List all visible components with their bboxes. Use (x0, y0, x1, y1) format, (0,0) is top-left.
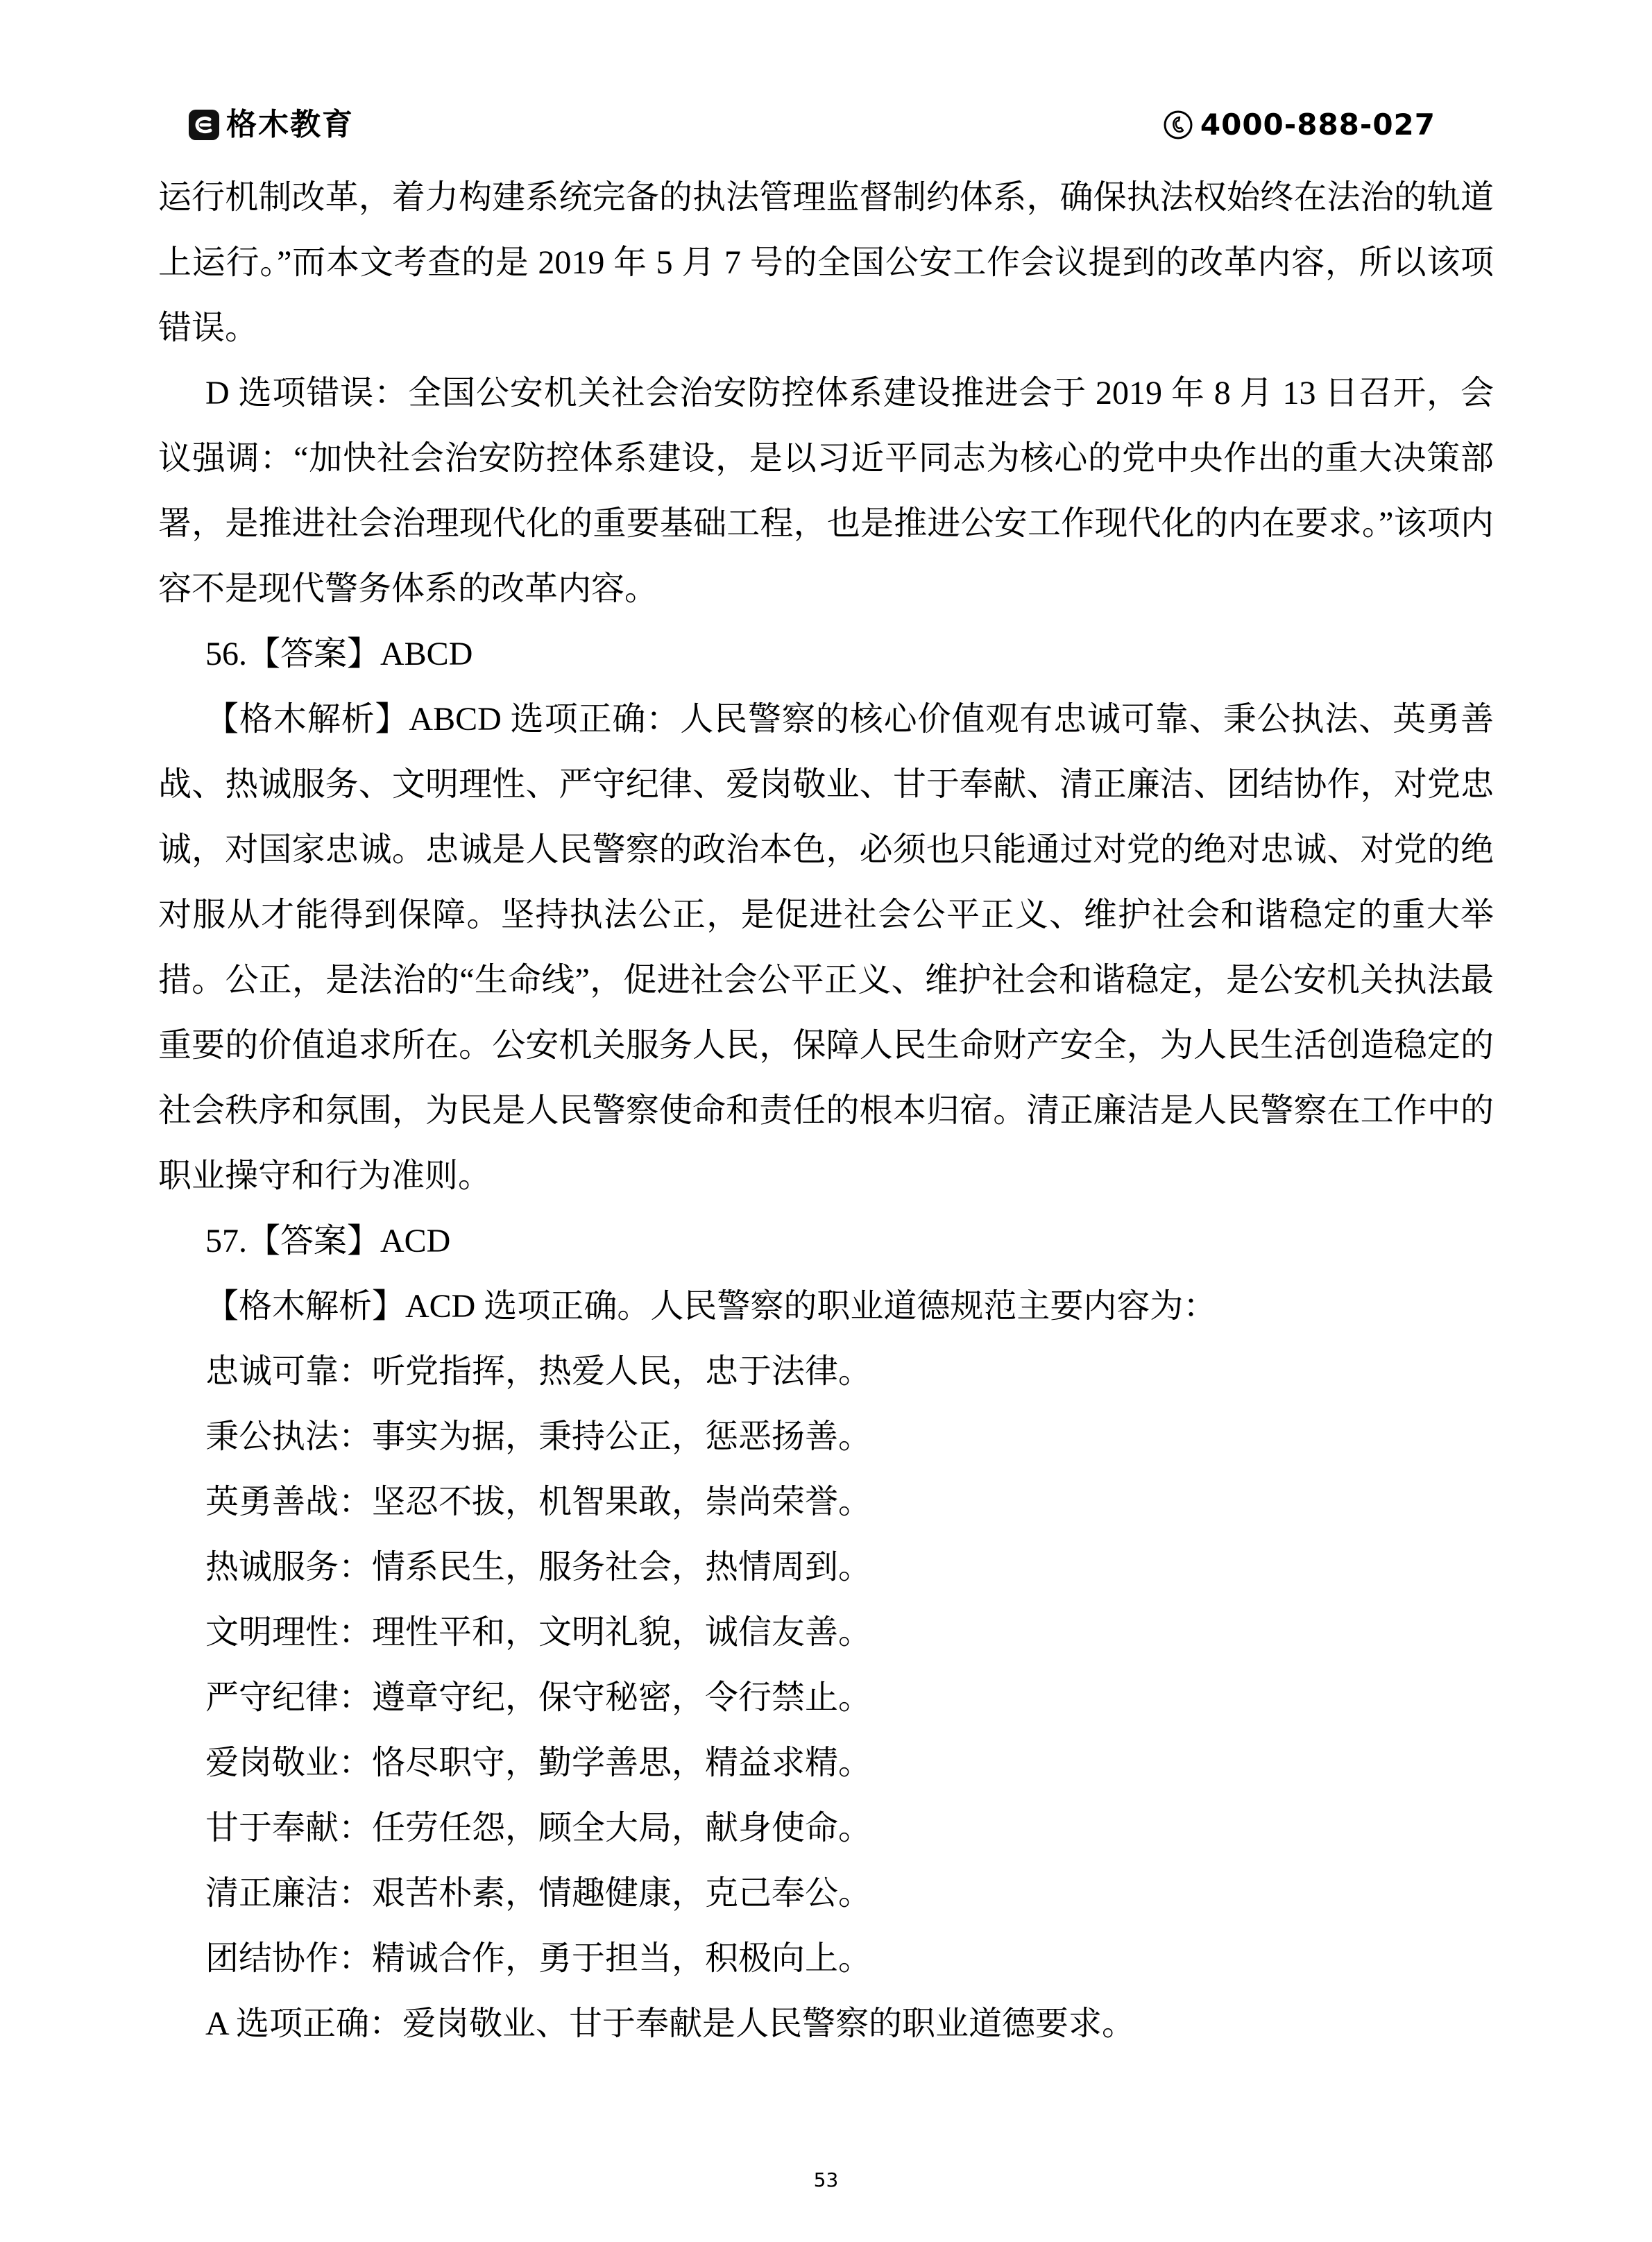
analysis-57-intro: 【格木解析】ACD 选项正确。人民警察的职业道德规范主要内容为： (158, 1274, 1494, 1339)
ethics-item: 英勇善战：坚忍不拔，机智果敢，崇尚荣誉。 (158, 1470, 1494, 1535)
phone-number: 4000-888-027 (1200, 110, 1436, 139)
paragraph-continuation: 运行机制改革，着力构建系统完备的执法管理监督制约体系，确保执法权始终在法治的轨道… (158, 165, 1494, 361)
paragraph-option-d: D 选项错误：全国公安机关社会治安防控体系建设推进会于 2019 年 8 月 1… (158, 361, 1494, 622)
ethics-item: 文明理性：理性平和，文明礼貌，诚信友善。 (158, 1600, 1494, 1665)
ethics-item: 清正廉洁：艰苦朴素，情趣健康，克己奉公。 (158, 1861, 1494, 1926)
ethics-item: 严守纪律：遵章守纪，保守秘密，令行禁止。 (158, 1665, 1494, 1731)
ethics-item: 秉公执法：事实为据，秉持公正，惩恶扬善。 (158, 1404, 1494, 1470)
brand: 格木教育 (189, 110, 354, 140)
answer-56-heading: 56.【答案】ABCD (158, 622, 1494, 687)
answer-57-heading: 57.【答案】ACD (158, 1209, 1494, 1274)
ethics-item: 甘于奉献：任劳任怨，顾全大局，献身使命。 (158, 1796, 1494, 1861)
brand-name: 格木教育 (226, 110, 354, 140)
contact-phone: 4000-888-027 (1163, 110, 1436, 140)
paragraph-option-a: A 选项正确：爱岗敬业、甘于奉献是人民警察的职业道德要求。 (158, 1992, 1494, 2057)
analysis-56: 【格木解析】ABCD 选项正确：人民警察的核心价值观有忠诚可靠、秉公执法、英勇善… (158, 687, 1494, 1209)
ethics-item: 爱岗敬业：恪尽职守，勤学善思，精益求精。 (158, 1731, 1494, 1796)
page-number: 53 (0, 2168, 1652, 2191)
ethics-item: 忠诚可靠：听党指挥，热爱人民，忠于法律。 (158, 1339, 1494, 1404)
gemu-logo-icon (189, 110, 219, 140)
ethics-item: 热诚服务：情系民生，服务社会，热情周到。 (158, 1535, 1494, 1600)
phone-icon (1163, 110, 1193, 140)
page-header: 格木教育 4000-888-027 (189, 104, 1463, 146)
ethics-item: 团结协作：精诚合作，勇于担当，积极向上。 (158, 1926, 1494, 1992)
document-body: 运行机制改革，着力构建系统完备的执法管理监督制约体系，确保执法权始终在法治的轨道… (158, 165, 1494, 2057)
